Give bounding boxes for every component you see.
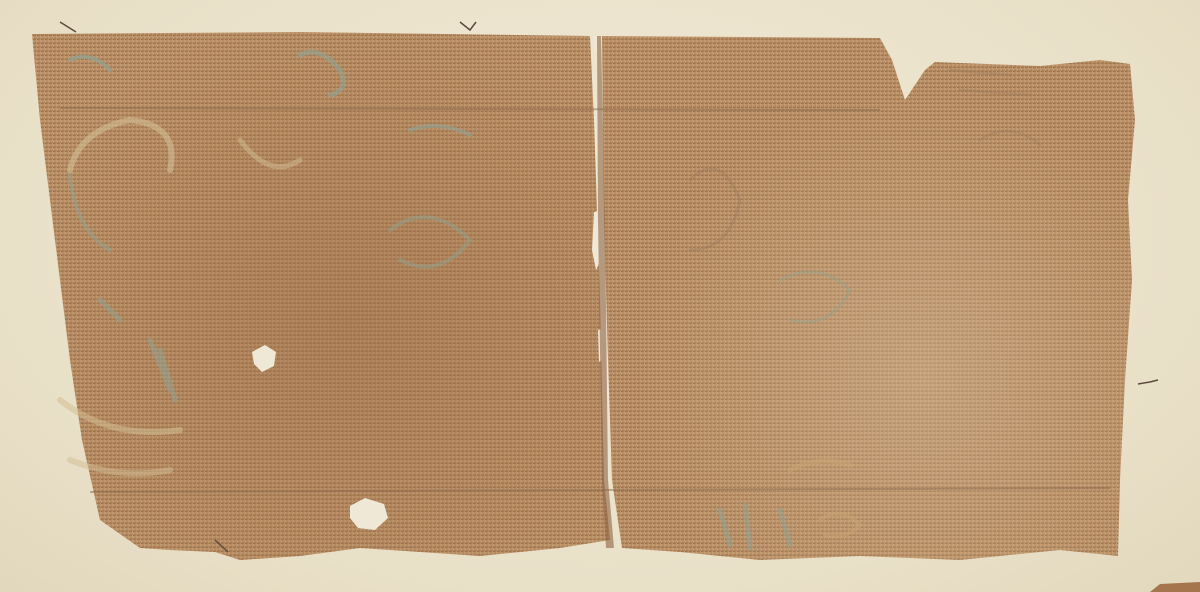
left-panel bbox=[32, 32, 610, 560]
adjacent-fragment-edge bbox=[1150, 582, 1200, 592]
textile-fragment bbox=[0, 0, 1200, 592]
right-panel bbox=[602, 36, 1135, 560]
